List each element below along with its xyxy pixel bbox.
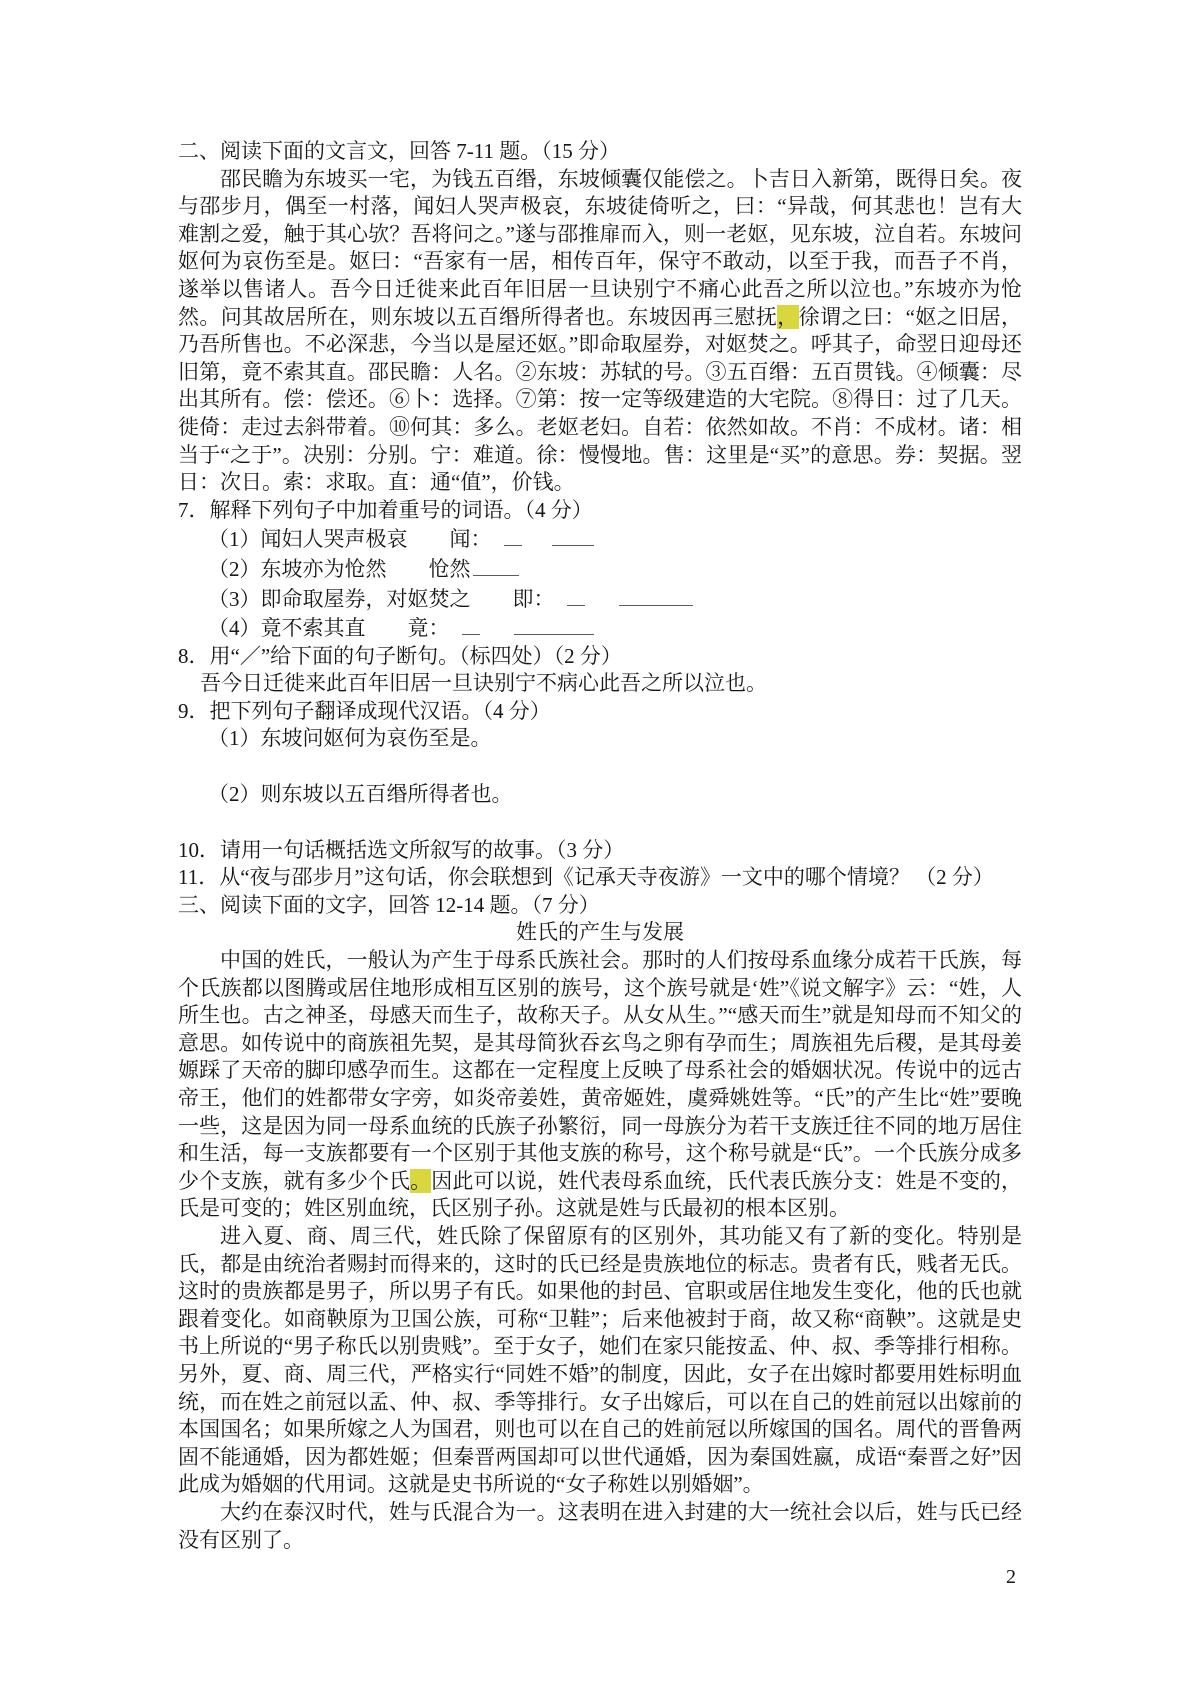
question-8-sentence: 吾今日迁徙来此百年旧居一旦诀别宁不病心此吾之所以泣也。	[178, 670, 1022, 698]
answer-blank	[514, 613, 594, 635]
item-term: 闻：	[450, 527, 492, 551]
question-11: 11．从“夜与邵步月”这句话，你会联想到《记承天寺夜游》一文中的哪个情境？ （2…	[178, 864, 1022, 892]
question-10: 10．请用一句话概括选文所叙写的故事。（3 分）	[178, 837, 1022, 865]
item-sentence: （2）东坡亦为怆然	[208, 557, 387, 581]
essay-title: 姓氏的产生与发展	[178, 919, 1022, 947]
question-7-stem: 7．解释下列句子中加着重号的词语。（4 分）	[178, 497, 1022, 525]
section-3-heading: 三、阅读下面的文字，回答 12-14 题。（7 分）	[178, 892, 1022, 920]
classical-passage: 邵民瞻为东坡买一宅，为钱五百缗，东坡倾囊仅能偿之。卜吉日入新第，既得日矣。夜与邵…	[178, 166, 1022, 497]
question-9-stem: 9．把下列句子翻译成现代汉语。（4 分）	[178, 698, 1022, 726]
answer-blank	[567, 584, 585, 606]
essay-paragraph-3: 大约在泰汉时代，姓与氏混合为一。这表明在进入封建的大一统社会以后，姓与氏已经没有…	[178, 1499, 1022, 1554]
answer-blank	[619, 584, 693, 606]
question-7-item-1: （1）闻妇人哭声极哀闻：	[178, 524, 1022, 554]
exam-page: 二、阅读下面的文言文，回答 7-11 题。（15 分） 邵民瞻为东坡买一宅，为钱…	[0, 0, 1200, 1554]
item-term: 竟：	[408, 616, 450, 640]
item-term: 怆然	[429, 557, 471, 581]
question-9-item-2: （2）则东坡以五百缗所得者也。	[178, 781, 1022, 809]
answer-blank	[504, 524, 522, 546]
essay-paragraph-1: 中国的姓氏，一般认为产生于母系氏族社会。那时的人们按母系血缘分成若干氏族，每个氏…	[178, 947, 1022, 1223]
item-sentence: （4）竟不索其直	[208, 616, 366, 640]
item-sentence: （1）闻妇人哭声极哀	[208, 527, 408, 551]
section-2-heading: 二、阅读下面的文言文，回答 7-11 题。（15 分）	[178, 138, 1022, 166]
question-9-item-1: （1）东坡问妪何为哀伤至是。	[178, 725, 1022, 753]
question-8-stem: 8．用“／”给下面的句子断句。（标四处）（2 分）	[178, 643, 1022, 671]
item-sentence: （3）即命取屋券，对妪焚之	[208, 587, 471, 611]
answer-blank	[473, 554, 519, 576]
answer-blank	[552, 524, 594, 546]
question-7-item-2: （2）东坡亦为怆然怆然	[178, 554, 1022, 584]
answer-blank	[462, 613, 480, 635]
question-7-item-3: （3）即命取屋券，对妪焚之即：	[178, 584, 1022, 614]
question-7-item-4: （4）竟不索其直竟：	[178, 613, 1022, 643]
essay-paragraph-2: 进入夏、商、周三代，姓氏除了保留原有的区别外，其功能又有了新的变化。特别是氏，都…	[178, 1223, 1022, 1499]
item-term: 即：	[513, 587, 555, 611]
page-number: 2	[1006, 1566, 1016, 1589]
